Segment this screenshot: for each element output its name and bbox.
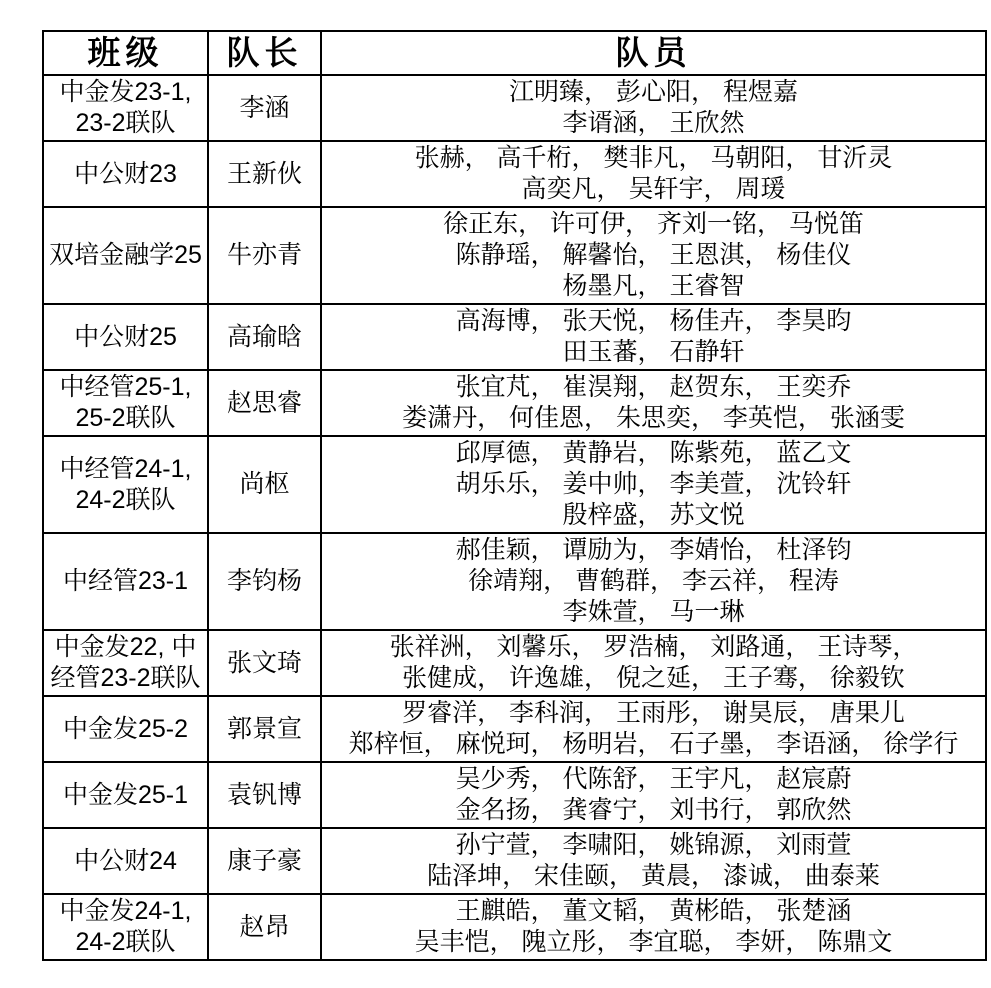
page: 班级 队长 队员 中金发23-1,23-2联队 李涵 江明臻， 彭心阳， 程煜嘉… xyxy=(0,0,991,988)
class-line: 中经管24-1, xyxy=(46,454,205,485)
captain-cell: 袁钒博 xyxy=(208,762,321,828)
member-line: 张赫， 高千桁， 樊非凡， 马朝阳， 甘沂灵 xyxy=(324,143,983,174)
member-line: 杨墨凡， 王睿智 xyxy=(324,271,983,302)
member-line: 高海博， 张天悦， 杨佳卉， 李昊昀 xyxy=(324,306,983,337)
captain-cell: 李钧杨 xyxy=(208,533,321,630)
members-cell: 王麒皓， 董文韬， 黄彬皓， 张楚涵吴丰恺， 隗立彤， 李宜聪， 李妍， 陈鼎文 xyxy=(321,894,986,960)
member-line: 江明臻， 彭心阳， 程煜嘉 xyxy=(324,77,983,108)
table-row: 中金发24-1,24-2联队 赵昂 王麒皓， 董文韬， 黄彬皓， 张楚涵吴丰恺，… xyxy=(43,894,986,960)
class-cell: 中金发25-1 xyxy=(43,762,208,828)
class-line: 23-2联队 xyxy=(46,108,205,139)
table-body: 中金发23-1,23-2联队 李涵 江明臻， 彭心阳， 程煜嘉李谞涵， 王欣然 … xyxy=(43,75,986,960)
table-row: 中经管23-1 李钧杨 郝佳颖， 谭励为， 李婧怡， 杜泽钧徐靖翔， 曹鹤群， … xyxy=(43,533,986,630)
class-cell: 中金发24-1,24-2联队 xyxy=(43,894,208,960)
class-line: 中金发25-2 xyxy=(46,714,205,745)
table-row: 中公财23 王新伙 张赫， 高千桁， 樊非凡， 马朝阳， 甘沂灵高奕凡， 吴轩宇… xyxy=(43,141,986,207)
class-cell: 中公财23 xyxy=(43,141,208,207)
members-cell: 吴少秀， 代陈舒， 王宇凡， 赵宸蔚金名扬， 龚睿宁， 刘书行， 郭欣然 xyxy=(321,762,986,828)
member-line: 娄潇丹， 何佳恩， 朱思奕， 李英恺， 张涵雯 xyxy=(324,403,983,434)
member-line: 陆泽坤， 宋佳颐， 黄晨， 漆诚， 曲泰莱 xyxy=(324,861,983,892)
class-line: 中金发22, 中 xyxy=(46,632,205,663)
member-line: 李谞涵， 王欣然 xyxy=(324,108,983,139)
class-cell: 中金发22, 中经管23-2联队 xyxy=(43,630,208,696)
table-header: 班级 队长 队员 xyxy=(43,31,986,75)
members-cell: 张宜芃， 崔淏翔， 赵贺东， 王奕乔娄潇丹， 何佳恩， 朱思奕， 李英恺， 张涵… xyxy=(321,370,986,436)
class-cell: 中经管25-1,25-2联队 xyxy=(43,370,208,436)
table-row: 中金发23-1,23-2联队 李涵 江明臻， 彭心阳， 程煜嘉李谞涵， 王欣然 xyxy=(43,75,986,141)
member-line: 张健成， 许逸雄， 倪之延， 王子骞， 徐毅钦 xyxy=(324,663,983,694)
captain-cell: 张文琦 xyxy=(208,630,321,696)
members-cell: 罗睿洋， 李科润， 王雨彤， 谢昊辰， 唐果儿郑梓恒， 麻悦珂， 杨明岩， 石子… xyxy=(321,696,986,762)
class-line: 双培金融学25 xyxy=(46,240,205,271)
captain-cell: 王新伙 xyxy=(208,141,321,207)
member-line: 田玉蕃， 石静轩 xyxy=(324,337,983,368)
member-line: 李姝萱， 马一琳 xyxy=(324,597,983,628)
table-row: 中经管25-1,25-2联队 赵思睿 张宜芃， 崔淏翔， 赵贺东， 王奕乔娄潇丹… xyxy=(43,370,986,436)
member-line: 郝佳颖， 谭励为， 李婧怡， 杜泽钧 xyxy=(324,535,983,566)
class-line: 中金发23-1, xyxy=(46,77,205,108)
captain-cell: 李涵 xyxy=(208,75,321,141)
captain-cell: 牛亦青 xyxy=(208,207,321,304)
member-line: 张祥洲， 刘馨乐， 罗浩楠， 刘路通， 王诗琴， xyxy=(324,632,983,663)
member-line: 郑梓恒， 麻悦珂， 杨明岩， 石子墨， 李语涵， 徐学行 xyxy=(324,729,983,760)
members-cell: 张祥洲， 刘馨乐， 罗浩楠， 刘路通， 王诗琴，张健成， 许逸雄， 倪之延， 王… xyxy=(321,630,986,696)
captain-cell: 郭景宣 xyxy=(208,696,321,762)
member-line: 徐靖翔， 曹鹤群， 李云祥， 程涛 xyxy=(324,566,983,597)
class-cell: 中公财25 xyxy=(43,304,208,370)
members-cell: 徐正东， 许可伊， 齐刘一铭， 马悦笛陈静瑶， 解馨怡， 王恩淇， 杨佳仪杨墨凡… xyxy=(321,207,986,304)
class-cell: 中金发23-1,23-2联队 xyxy=(43,75,208,141)
member-line: 孙宁萱， 李啸阳， 姚锦源， 刘雨萱 xyxy=(324,830,983,861)
table-row: 双培金融学25 牛亦青 徐正东， 许可伊， 齐刘一铭， 马悦笛陈静瑶， 解馨怡，… xyxy=(43,207,986,304)
class-cell: 中金发25-2 xyxy=(43,696,208,762)
member-line: 徐正东， 许可伊， 齐刘一铭， 马悦笛 xyxy=(324,209,983,240)
col-header-captain: 队长 xyxy=(208,31,321,75)
class-line: 中公财24 xyxy=(46,846,205,877)
member-line: 张宜芃， 崔淏翔， 赵贺东， 王奕乔 xyxy=(324,372,983,403)
class-line: 中公财23 xyxy=(46,159,205,190)
members-cell: 高海博， 张天悦， 杨佳卉， 李昊昀田玉蕃， 石静轩 xyxy=(321,304,986,370)
class-line: 25-2联队 xyxy=(46,403,205,434)
member-line: 王麒皓， 董文韬， 黄彬皓， 张楚涵 xyxy=(324,896,983,927)
header-row: 班级 队长 队员 xyxy=(43,31,986,75)
class-line: 24-2联队 xyxy=(46,927,205,958)
col-header-class: 班级 xyxy=(43,31,208,75)
class-cell: 中经管23-1 xyxy=(43,533,208,630)
table-row: 中经管24-1,24-2联队 尚枢 邱厚德， 黄静岩， 陈紫苑， 蓝乙文胡乐乐，… xyxy=(43,436,986,533)
captain-cell: 赵思睿 xyxy=(208,370,321,436)
members-cell: 郝佳颖， 谭励为， 李婧怡， 杜泽钧徐靖翔， 曹鹤群， 李云祥， 程涛李姝萱， … xyxy=(321,533,986,630)
members-cell: 邱厚德， 黄静岩， 陈紫苑， 蓝乙文胡乐乐， 姜中帅， 李美萱， 沈铃轩殷梓盛，… xyxy=(321,436,986,533)
member-line: 高奕凡， 吴轩宇， 周瑗 xyxy=(324,174,983,205)
class-line: 中经管25-1, xyxy=(46,372,205,403)
class-cell: 双培金融学25 xyxy=(43,207,208,304)
class-cell: 中公财24 xyxy=(43,828,208,894)
class-line: 中金发24-1, xyxy=(46,896,205,927)
table-row: 中公财24 康子豪 孙宁萱， 李啸阳， 姚锦源， 刘雨萱陆泽坤， 宋佳颐， 黄晨… xyxy=(43,828,986,894)
member-line: 陈静瑶， 解馨怡， 王恩淇， 杨佳仪 xyxy=(324,240,983,271)
member-line: 殷梓盛， 苏文悦 xyxy=(324,500,983,531)
member-line: 胡乐乐， 姜中帅， 李美萱， 沈铃轩 xyxy=(324,469,983,500)
table-row: 中金发25-1 袁钒博 吴少秀， 代陈舒， 王宇凡， 赵宸蔚金名扬， 龚睿宁， … xyxy=(43,762,986,828)
class-line: 中公财25 xyxy=(46,322,205,353)
captain-cell: 康子豪 xyxy=(208,828,321,894)
captain-cell: 赵昂 xyxy=(208,894,321,960)
members-cell: 张赫， 高千桁， 樊非凡， 马朝阳， 甘沂灵高奕凡， 吴轩宇， 周瑗 xyxy=(321,141,986,207)
table-row: 中金发22, 中经管23-2联队 张文琦 张祥洲， 刘馨乐， 罗浩楠， 刘路通，… xyxy=(43,630,986,696)
members-cell: 孙宁萱， 李啸阳， 姚锦源， 刘雨萱陆泽坤， 宋佳颐， 黄晨， 漆诚， 曲泰莱 xyxy=(321,828,986,894)
col-header-members: 队员 xyxy=(321,31,986,75)
member-line: 罗睿洋， 李科润， 王雨彤， 谢昊辰， 唐果儿 xyxy=(324,698,983,729)
captain-cell: 高瑜晗 xyxy=(208,304,321,370)
team-roster-table: 班级 队长 队员 中金发23-1,23-2联队 李涵 江明臻， 彭心阳， 程煜嘉… xyxy=(42,30,987,961)
member-line: 吴丰恺， 隗立彤， 李宜聪， 李妍， 陈鼎文 xyxy=(324,927,983,958)
member-line: 邱厚德， 黄静岩， 陈紫苑， 蓝乙文 xyxy=(324,438,983,469)
member-line: 金名扬， 龚睿宁， 刘书行， 郭欣然 xyxy=(324,795,983,826)
table-row: 中公财25 高瑜晗 高海博， 张天悦， 杨佳卉， 李昊昀田玉蕃， 石静轩 xyxy=(43,304,986,370)
class-line: 经管23-2联队 xyxy=(46,663,205,694)
class-cell: 中经管24-1,24-2联队 xyxy=(43,436,208,533)
class-line: 24-2联队 xyxy=(46,485,205,516)
members-cell: 江明臻， 彭心阳， 程煜嘉李谞涵， 王欣然 xyxy=(321,75,986,141)
class-line: 中经管23-1 xyxy=(46,566,205,597)
captain-cell: 尚枢 xyxy=(208,436,321,533)
member-line: 吴少秀， 代陈舒， 王宇凡， 赵宸蔚 xyxy=(324,764,983,795)
class-line: 中金发25-1 xyxy=(46,780,205,811)
table-row: 中金发25-2 郭景宣 罗睿洋， 李科润， 王雨彤， 谢昊辰， 唐果儿郑梓恒， … xyxy=(43,696,986,762)
